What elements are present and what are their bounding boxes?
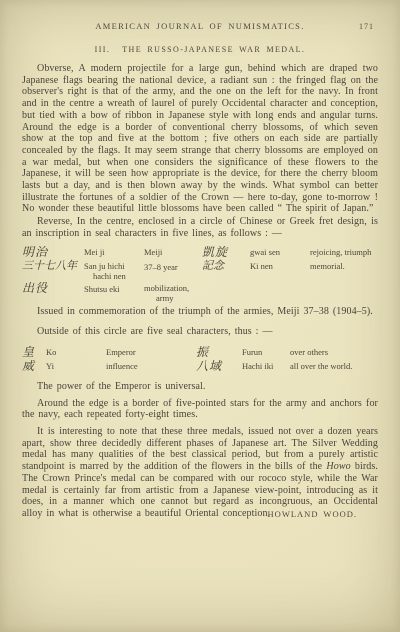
- seal-characters: 八域: [196, 359, 242, 373]
- table-row: 威 Yi influence 八域 Hachi iki all over the…: [22, 359, 378, 373]
- paragraph-reverse: Reverse, In the centre, enclosed in a ci…: [22, 216, 378, 239]
- translation: rejoicing, triumph: [310, 245, 378, 257]
- seal-inscription-table: 明治 Mei ji Meiji 凱旋 gwai sen rejoicing, t…: [22, 245, 378, 303]
- seal-characters: 威: [22, 359, 46, 373]
- seal-characters: 振: [196, 345, 242, 359]
- translation: memorial.: [310, 259, 378, 271]
- paragraph-outside: Outside of this circle are five seal cha…: [22, 326, 378, 338]
- romanization: Shutsu eki: [84, 281, 144, 294]
- table-row: 出役 Shutsu eki mobilization,army: [22, 281, 378, 303]
- translation: 37–8 year: [144, 259, 202, 272]
- page-number: 171: [359, 22, 374, 31]
- page-header: AMERICAN JOURNAL OF NUMISMATICS. 171: [22, 21, 378, 34]
- seal-characters: 記念: [202, 259, 250, 273]
- seal-characters: 皇: [22, 345, 46, 359]
- romanization: Mei ji: [84, 245, 144, 257]
- romanization: Yi: [46, 359, 106, 371]
- translation: Meiji: [144, 245, 202, 257]
- seal-characters: 三十七八年: [22, 259, 84, 273]
- section-number: III.: [95, 45, 111, 54]
- section-heading: III.THE RUSSO-JAPANESE WAR MEDAL.: [22, 45, 378, 54]
- closing-text-1: It is interesting to note that these thr…: [22, 426, 378, 472]
- table-row: 三十七八年 San ju hichihachi nen 37–8 year 記念…: [22, 259, 378, 281]
- paragraph-issued: Issued in commemoration of the triumph o…: [22, 306, 378, 318]
- romanization: Hachi iki: [242, 359, 290, 371]
- romanization: Ki nen: [250, 259, 310, 271]
- journal-title: AMERICAN JOURNAL OF NUMISMATICS.: [22, 21, 378, 31]
- translation: influence: [106, 359, 196, 371]
- romanization: gwai sen: [250, 245, 310, 257]
- translation: all over the world.: [290, 359, 378, 371]
- translation: mobilization,army: [144, 281, 202, 303]
- outer-seal-table: 皇 Ko Emperor 振 Furun over others 威 Yi in…: [22, 345, 378, 373]
- seal-characters: 凱旋: [202, 245, 250, 259]
- paragraph-closing: It is interesting to note that these thr…: [22, 426, 378, 520]
- paragraph-power: The power of the Emperor is universal.: [22, 381, 378, 393]
- translation: Emperor: [106, 345, 196, 357]
- translation: over others: [290, 345, 378, 357]
- journal-page: AMERICAN JOURNAL OF NUMISMATICS. 171 III…: [0, 0, 400, 632]
- seal-characters: 出役: [22, 281, 84, 295]
- paragraph-obverse: Obverse, A modern projectile for a large…: [22, 63, 378, 215]
- howo-italic: Howo: [326, 461, 350, 472]
- table-row: 皇 Ko Emperor 振 Furun over others: [22, 345, 378, 359]
- romanization: Furun: [242, 345, 290, 357]
- section-title: THE RUSSO-JAPANESE WAR MEDAL.: [122, 45, 305, 54]
- seal-characters: 明治: [22, 245, 84, 259]
- romanization: Ko: [46, 345, 106, 357]
- table-row: 明治 Mei ji Meiji 凱旋 gwai sen rejoicing, t…: [22, 245, 378, 259]
- paragraph-border: Around the edge is a border of five-poin…: [22, 398, 378, 421]
- romanization: San ju hichihachi nen: [84, 259, 144, 281]
